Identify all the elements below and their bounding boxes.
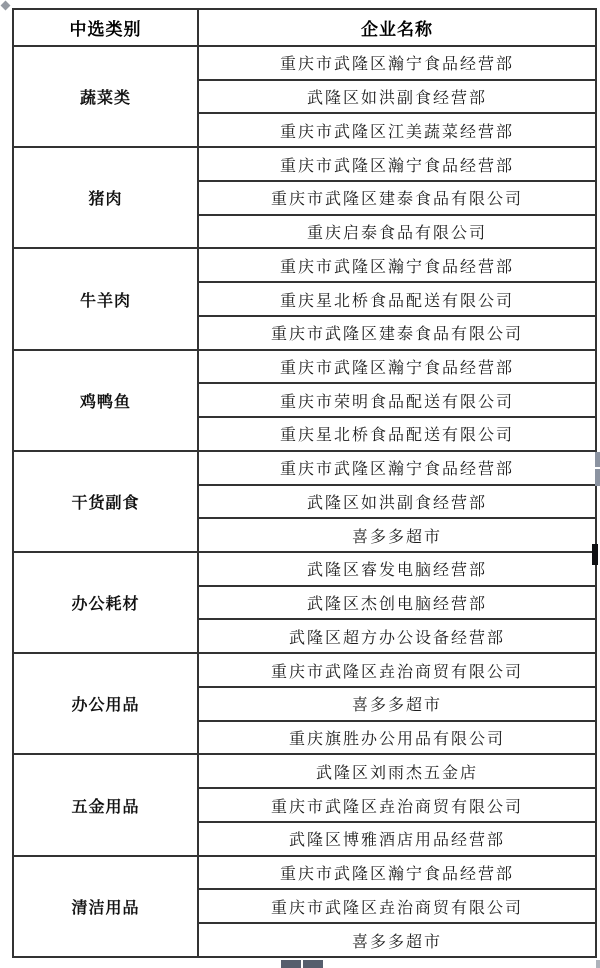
company-cell: 重庆市武隆区瀚宁食品经营部 (198, 147, 596, 181)
company-cell: 武隆区杰创电脑经营部 (198, 586, 596, 620)
company-cell: 重庆市武隆区瀚宁食品经营部 (198, 46, 596, 80)
category-cell: 办公耗材 (13, 552, 198, 653)
company-cell: 重庆市武隆区瀚宁食品经营部 (198, 451, 596, 485)
vertical-scrollbar-thumb[interactable] (595, 452, 600, 486)
scrollbar-corner (596, 960, 600, 968)
company-cell: 武隆区如洪副食经营部 (198, 80, 596, 114)
company-cell: 重庆市武隆区垚治商贸有限公司 (198, 889, 596, 923)
company-cell: 重庆市武隆区垚治商贸有限公司 (198, 788, 596, 822)
company-cell: 武隆区如洪副食经营部 (198, 485, 596, 519)
company-cell: 武隆区博雅酒店用品经营部 (198, 822, 596, 856)
company-cell: 重庆市武隆区瀚宁食品经营部 (198, 350, 596, 384)
selection-results-table: 中选类别 企业名称 蔬菜类重庆市武隆区瀚宁食品经营部武隆区如洪副食经营部重庆市武… (12, 8, 597, 958)
table-header-row: 中选类别 企业名称 (13, 9, 596, 46)
company-cell: 重庆旗胜办公用品有限公司 (198, 721, 596, 755)
category-cell: 五金用品 (13, 754, 198, 855)
right-edge-artifact (592, 544, 598, 565)
table-row: 鸡鸭鱼重庆市武隆区瀚宁食品经营部 (13, 350, 596, 384)
category-cell: 蔬菜类 (13, 46, 198, 147)
company-cell: 重庆星北桥食品配送有限公司 (198, 282, 596, 316)
table-row: 牛羊肉重庆市武隆区瀚宁食品经营部 (13, 248, 596, 282)
horizontal-scrollbar-fragment[interactable] (281, 960, 301, 968)
table-anchor-icon[interactable] (1, 1, 11, 11)
horizontal-scrollbar-fragment[interactable] (303, 960, 323, 968)
company-cell: 喜多多超市 (198, 687, 596, 721)
company-cell: 重庆市武隆区建泰食品有限公司 (198, 181, 596, 215)
table-row: 办公用品重庆市武隆区垚治商贸有限公司 (13, 653, 596, 687)
table-row: 猪肉重庆市武隆区瀚宁食品经营部 (13, 147, 596, 181)
company-cell: 重庆启泰食品有限公司 (198, 215, 596, 249)
category-cell: 鸡鸭鱼 (13, 350, 198, 451)
table-row: 蔬菜类重庆市武隆区瀚宁食品经营部 (13, 46, 596, 80)
header-category: 中选类别 (13, 9, 198, 46)
category-cell: 干货副食 (13, 451, 198, 552)
table-row: 干货副食重庆市武隆区瀚宁食品经营部 (13, 451, 596, 485)
company-cell: 喜多多超市 (198, 923, 596, 957)
scrollbar-notch (595, 467, 600, 469)
company-cell: 武隆区刘雨杰五金店 (198, 754, 596, 788)
table-row: 清洁用品重庆市武隆区瀚宁食品经营部 (13, 856, 596, 890)
company-cell: 重庆市武隆区瀚宁食品经营部 (198, 856, 596, 890)
company-cell: 重庆市武隆区江美蔬菜经营部 (198, 113, 596, 147)
company-cell: 重庆市荣明食品配送有限公司 (198, 383, 596, 417)
category-cell: 猪肉 (13, 147, 198, 248)
table-row: 办公耗材武隆区睿发电脑经营部 (13, 552, 596, 586)
company-cell: 武隆区超方办公设备经营部 (198, 619, 596, 653)
company-cell: 重庆市武隆区垚治商贸有限公司 (198, 653, 596, 687)
company-cell: 武隆区睿发电脑经营部 (198, 552, 596, 586)
company-cell: 喜多多超市 (198, 518, 596, 552)
category-cell: 牛羊肉 (13, 248, 198, 349)
category-cell: 清洁用品 (13, 856, 198, 957)
document-page: 中选类别 企业名称 蔬菜类重庆市武隆区瀚宁食品经营部武隆区如洪副食经营部重庆市武… (0, 0, 600, 968)
company-cell: 重庆市武隆区建泰食品有限公司 (198, 316, 596, 350)
category-cell: 办公用品 (13, 653, 198, 754)
company-cell: 重庆星北桥食品配送有限公司 (198, 417, 596, 451)
company-cell: 重庆市武隆区瀚宁食品经营部 (198, 248, 596, 282)
header-company: 企业名称 (198, 9, 596, 46)
table-row: 五金用品武隆区刘雨杰五金店 (13, 754, 596, 788)
